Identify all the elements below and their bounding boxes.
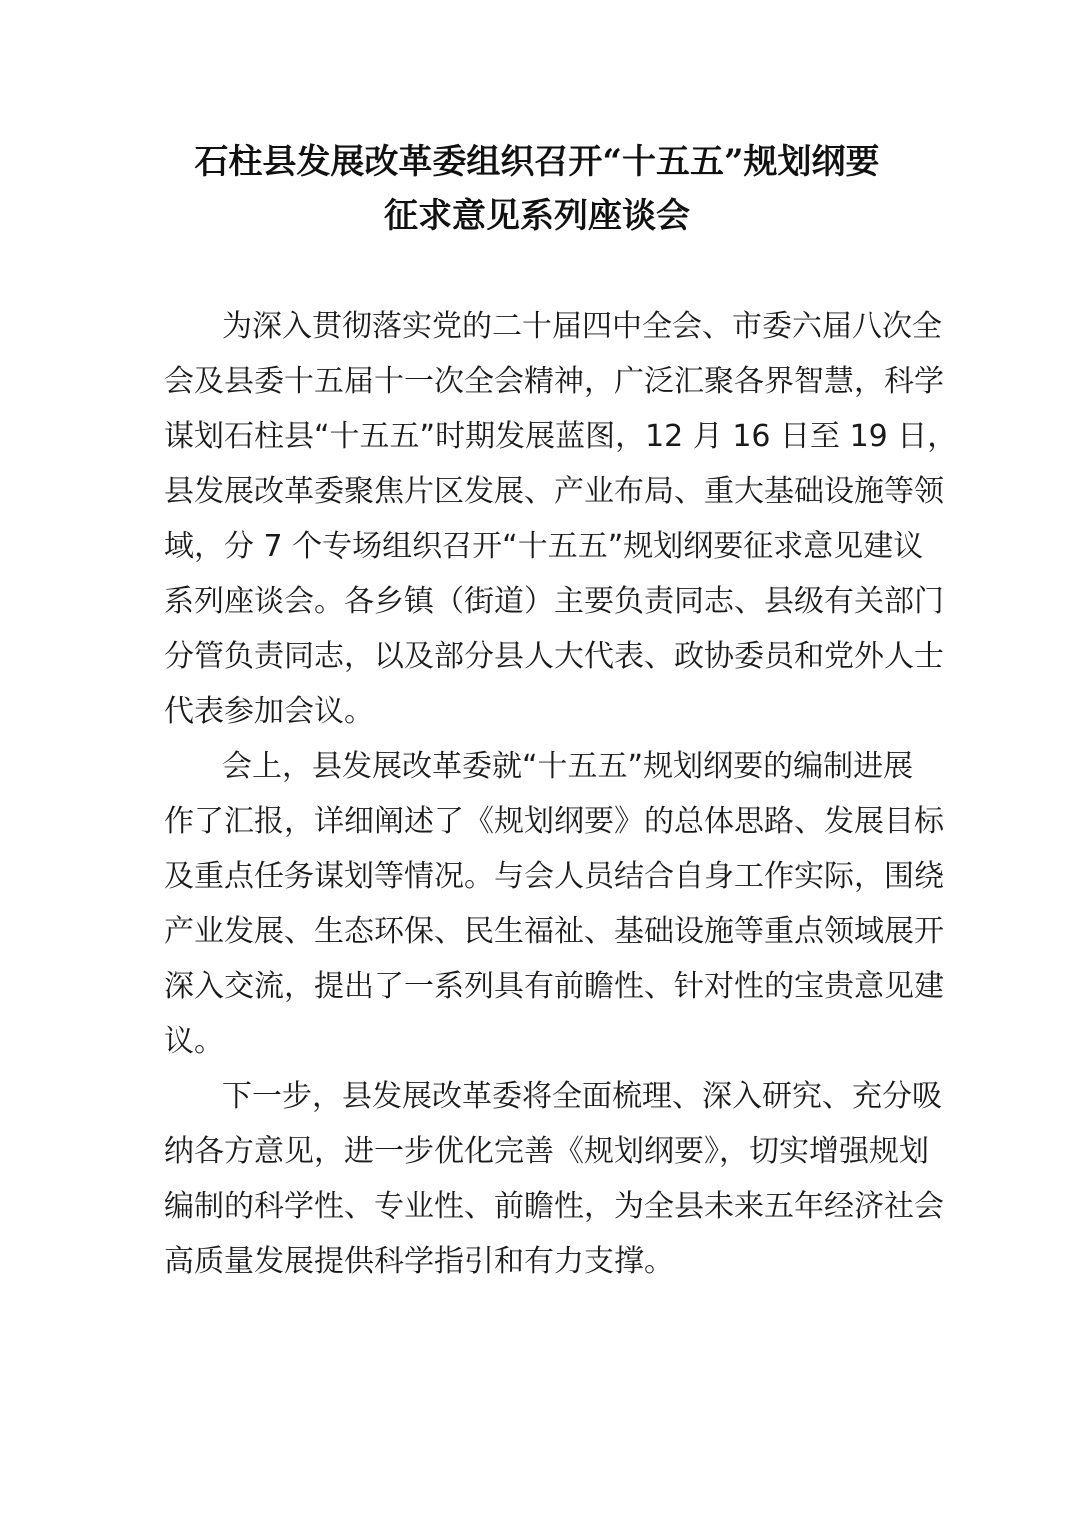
paragraph-line: 深入交流，提出了一系列具有前瞻性、针对性的宝贵意见建 (164, 967, 912, 1007)
paragraph-line: 纳各方意见，进一步优化完善《规划纲要》，切实增强规划 (164, 1132, 912, 1172)
paragraph-line: 会及县委十五届十一次全会精神，广泛汇聚各界智慧，科学 (164, 362, 912, 402)
paragraph-line: 代表参加会议。 (164, 692, 912, 732)
paragraph-line: 产业发展、生态环保、民生福祉、基础设施等重点领域展开 (164, 912, 912, 952)
paragraph-line: 作了汇报，详细阐述了《规划纲要》的总体思路、发展目标 (164, 802, 912, 842)
document-page: 石柱县发展改革委组织召开“十五五”规划纲要 征求意见系列座谈会 为深入贯彻落实党… (0, 0, 1074, 1520)
paragraph-line: 议。 (164, 1022, 912, 1062)
paragraph-line: 县发展改革委聚焦片区发展、产业布局、重大基础设施等领 (164, 472, 912, 512)
paragraph-line: 为深入贯彻落实党的二十届四中全会、市委六届八次全 (222, 307, 912, 347)
paragraph-line: 编制的科学性、专业性、前瞻性，为全县未来五年经济社会 (164, 1187, 912, 1227)
paragraph-line: 高质量发展提供科学指引和有力支撑。 (164, 1242, 912, 1282)
paragraph-line: 会上，县发展改革委就“十五五”规划纲要的编制进展 (222, 747, 912, 787)
document-title-line-2: 征求意见系列座谈会 (0, 196, 1074, 236)
paragraph-line: 域，分 7 个专场组织召开“十五五”规划纲要征求意见建议 (164, 527, 912, 567)
paragraph-line: 系列座谈会。各乡镇（街道）主要负责同志、县级有关部门 (164, 582, 912, 622)
paragraph-line: 及重点任务谋划等情况。与会人员结合自身工作实际，围绕 (164, 857, 912, 897)
paragraph-line: 下一步，县发展改革委将全面梳理、深入研究、充分吸 (222, 1077, 912, 1117)
document-title-line-1: 石柱县发展改革委组织召开“十五五”规划纲要 (0, 142, 1074, 182)
paragraph-line: 分管负责同志，以及部分县人大代表、政协委员和党外人士 (164, 637, 912, 677)
paragraph-line: 谋划石柱县“十五五”时期发展蓝图，12 月 16 日至 19 日， (164, 417, 912, 457)
